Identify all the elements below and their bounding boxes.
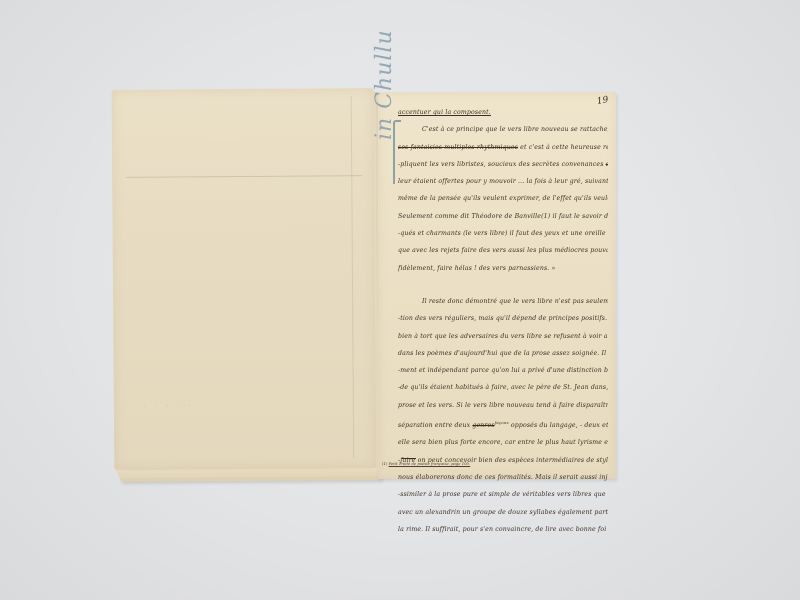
manuscript-line: -ssimiler à la prose pure et simple de v… [398, 486, 608, 503]
horizontal-fold-crease [126, 175, 362, 178]
manuscript-line: C'est à ce principe que le vers libre no… [398, 121, 608, 138]
manuscript-line: séparation entre deux genresfaçons oppos… [398, 414, 608, 434]
manuscript-line: elle sera bien plus forte encore, car en… [398, 434, 608, 451]
manuscript-line: fidèlement, faire hélas ! des vers parna… [398, 260, 608, 277]
vertical-fold-crease [351, 96, 355, 458]
interlinear-correction: façons [495, 420, 509, 425]
paragraph-1: accentuer qui la composent.C'est à ce pr… [398, 104, 608, 277]
blank-sheet-stack: · · · · · [112, 88, 381, 478]
manuscript-line: même de la pensée qu'ils veulent exprime… [398, 190, 608, 207]
manuscript-line: que avec les rejets faire des vers aussi… [398, 242, 608, 259]
manuscript-line: dans les poèmes d'aujourd'hui que de la … [398, 345, 608, 362]
manuscript-line: -pliquent les vers libristes, soucieux d… [398, 156, 608, 173]
manuscript-page: 19 in Chullu accentuer qui la composent.… [378, 92, 616, 479]
struck-text: genres [472, 422, 494, 429]
manuscript-line: ses fantaisies multiples rhythmiques et … [398, 139, 608, 156]
manuscript-line: -qués et charmants (le vers libre) il fa… [398, 225, 608, 242]
photo-scene: · · · · · 19 in Chullu accentuer qui la … [0, 0, 800, 600]
manuscript-line: Seulement comme dit Théodore de Banville… [398, 208, 608, 225]
manuscript-line: -tion des vers réguliers, mais qu'il dép… [398, 310, 608, 327]
manuscript-line: bien à tort que les adversaires du vers … [398, 328, 608, 345]
paragraph-2: Il reste donc démontré que le vers libre… [398, 293, 608, 538]
manuscript-line: -de qu'ils étaient habitués à faire, ave… [398, 379, 608, 396]
struck-text: et pratiques qui [606, 161, 608, 168]
manuscript-line: nous élaborerons donc de ces formalités.… [398, 469, 608, 486]
blue-pencil-margin-note: in Chullu [372, 29, 397, 140]
struck-text: ses fantaisies multiples rhythmiques [398, 144, 518, 151]
manuscript-line: la rime. Il suffirait, pour s'en convain… [398, 521, 608, 538]
manuscript-line: prose et les vers. Si le vers libre nouv… [398, 397, 608, 414]
manuscript-line: -ment et indépendant parce qu'on lui a p… [398, 362, 608, 379]
manuscript-line: leur étaient offertes pour y mouvoir ...… [398, 173, 608, 190]
footnote-text: Petit Traité de poésie française, page 1… [389, 461, 471, 466]
manuscript-line: accentuer qui la composent. [398, 104, 608, 121]
footnote-rule [402, 458, 416, 459]
footnote-marker: (1) [382, 461, 389, 466]
manuscript-line: avec un alexandrin un groupe de douze sy… [398, 504, 608, 521]
footnote: (1) Petit Traité de poésie française, pa… [382, 461, 470, 466]
manuscript-line: Il reste donc démontré que le vers libre… [398, 293, 608, 310]
ink-bleed-through: · · · · · [144, 400, 324, 421]
sheet-front: · · · · · [112, 88, 377, 470]
